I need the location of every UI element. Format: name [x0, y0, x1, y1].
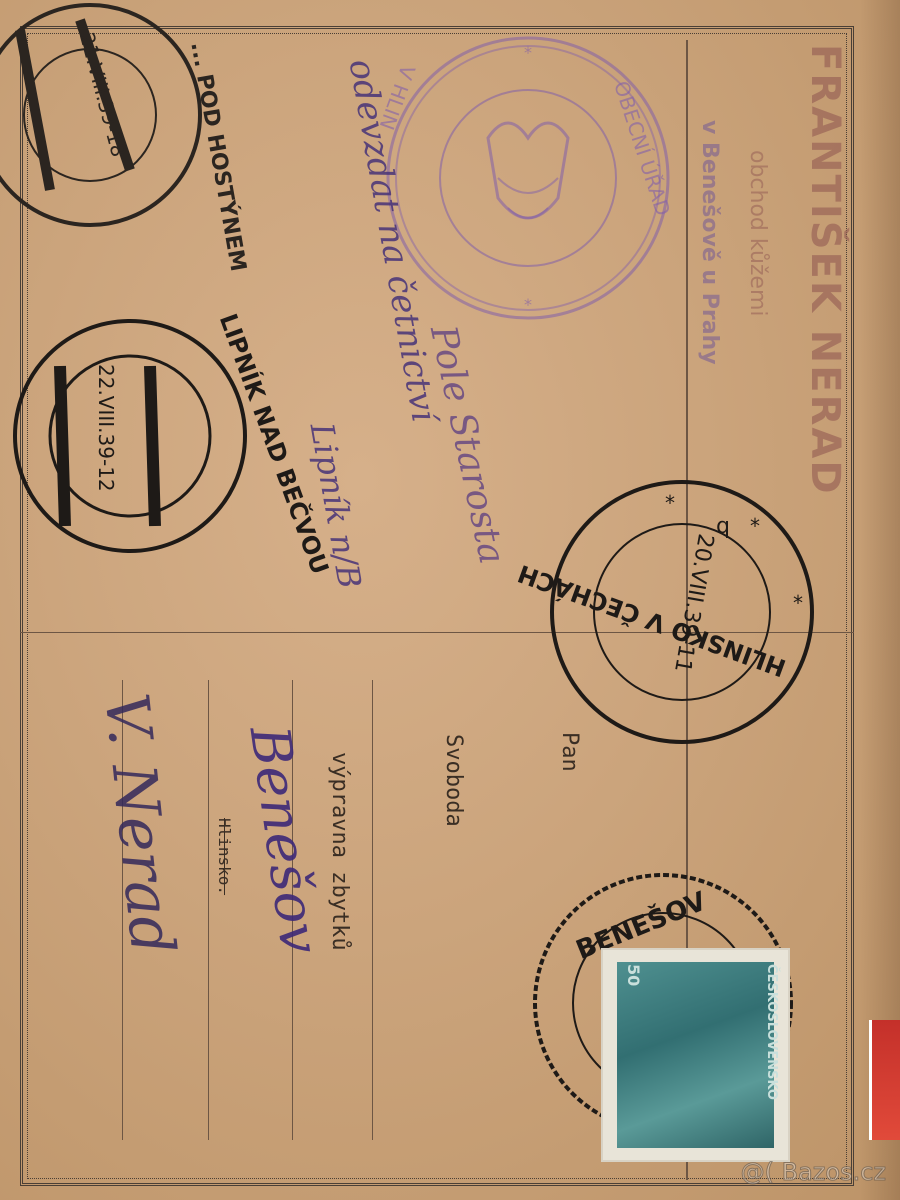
- merchant-place: v Benešově u Prahy: [697, 120, 722, 365]
- svg-text:*: *: [524, 295, 532, 314]
- address-name: Svoboda: [441, 734, 466, 827]
- postage-stamp: ČESKOSLOVENSKO 50: [603, 950, 788, 1160]
- address-line-a: výpravna zbytků: [327, 752, 352, 951]
- office-seal: * *: [378, 28, 678, 328]
- postage-stamp-country: ČESKOSLOVENSKO: [764, 964, 779, 1100]
- postmark-2-date: 22.VIII.39-12: [94, 364, 118, 492]
- red-label-edge: [869, 1020, 900, 1140]
- address-salutation: Pan: [557, 732, 582, 772]
- merchant-trade: obchod kůžemi: [745, 150, 770, 317]
- merchant-name: FRANTIŠEK NERAD: [802, 44, 848, 496]
- svg-text:*: *: [665, 491, 675, 515]
- svg-text:*: *: [793, 591, 803, 615]
- address-line-3: [208, 680, 209, 1140]
- svg-text:*: *: [750, 514, 760, 538]
- address-line-b: Hlinsko.: [215, 818, 234, 895]
- address-line-1: [372, 680, 373, 1140]
- svg-text:*: *: [524, 43, 532, 62]
- postmark-3-code: b: [716, 515, 730, 540]
- postage-stamp-image: [617, 962, 774, 1148]
- postmark-lipnik: [10, 296, 250, 586]
- postage-stamp-value: 50: [624, 964, 643, 986]
- watermark: @( Bazos.cz: [741, 1158, 886, 1186]
